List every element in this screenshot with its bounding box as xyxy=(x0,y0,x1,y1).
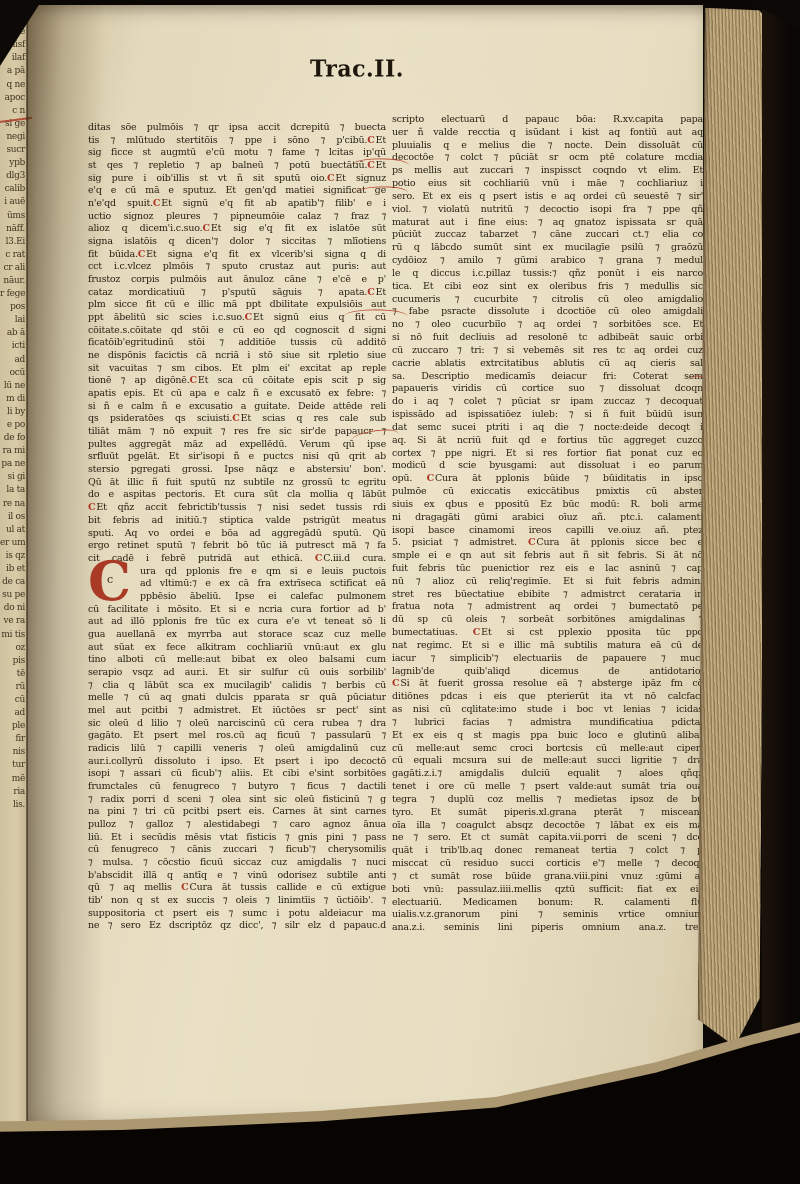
text-line: ⁊ radix porri d sceni ⁊ olea sint sic ol… xyxy=(88,794,386,807)
text-line: alioz q dicem'i.c.suo.CEt sig e'q fit ex… xyxy=(88,223,386,236)
text-line: isopi basce cinamomi ireos capilli ve.oi… xyxy=(392,525,703,538)
edge-text-fragment: nāff. xyxy=(0,223,27,236)
text-line: cct i.c.vlcez plmōis ⁊ sputo crustaz aut… xyxy=(88,261,386,274)
text-line: pūciūt zuccaz tabarzet ⁊ cāne zuccari ct… xyxy=(392,229,703,242)
text-line: modicū d scie byusgami: aut dissoluat i … xyxy=(392,460,703,473)
text-line: gagāto. Et psert mel ros.cū aq ficuū ⁊ p… xyxy=(88,730,386,743)
text-line: ⁊ fabe psracte dissolute i dcoctiōe cū o… xyxy=(392,306,703,319)
text-line: pultes aggregāt māz ad expellēdū. Verum … xyxy=(88,439,386,452)
pilcrow-mark: C xyxy=(153,198,161,209)
text-line: viol. ⁊ violatū nutritū ⁊ decoctio isopi… xyxy=(392,204,703,217)
edge-text-fragment: cr ali xyxy=(0,262,27,275)
text-line: frumctales cū fenugreco ⁊ butyro ⁊ ficus… xyxy=(88,781,386,794)
text-line: gagāti.z.i.⁊ amigdalis dulciū equalit ⁊ … xyxy=(392,768,703,781)
text-line: sputi. Aq vo ordei e bōa ad aggregādū sp… xyxy=(88,528,386,541)
text-line: ⁊ ct sumāt rose būide grana.viii.pini vn… xyxy=(392,871,703,884)
text-line: cū melle:aut semc croci bortcsis cū mell… xyxy=(392,743,703,756)
edge-text-fragment: nāur. xyxy=(0,275,27,288)
text-line: nat regimc. Et si e illic mā subtilis ma… xyxy=(392,640,703,653)
guide-letter: c xyxy=(107,574,113,585)
text-line: sig ficce st augmtū e'cū motu ⁊ fame ⁊ l… xyxy=(88,147,386,160)
edge-text-fragment: ul at xyxy=(0,524,27,537)
text-line: e'q e cū mā e sputuz. Et gen'qd matiei s… xyxy=(88,185,386,198)
text-line: sic oleū d lilio ⁊ oleū narciscinū cū ce… xyxy=(88,718,386,731)
text-line: ne ⁊ sero Ez dscriptōz qz dicc', ⁊ silr … xyxy=(88,920,386,933)
text-line: pulmōe cū exiccatis exiccātibus pmixtis … xyxy=(392,486,703,499)
edge-text-fragment: de ca xyxy=(0,576,27,589)
text-line: cū fenugreco ⁊ cānis zuccari ⁊ ficub'⁊ c… xyxy=(88,844,386,857)
text-line: stret res būectatiue ebibite ⁊ admistrct… xyxy=(392,589,703,602)
edge-text-fragment: is qz xyxy=(0,550,27,563)
text-line: serapio vsqz ad aur.i. Et sir sulfur cū … xyxy=(88,667,386,680)
edge-text-fragment: c n xyxy=(0,105,27,118)
text-line: signa islatōis q dicen'⁊ dolor ⁊ siccita… xyxy=(88,236,386,249)
pilcrow-mark: C xyxy=(367,287,375,298)
text-line: sit vacuitas ⁊ sm cibos. Et plm ei' exci… xyxy=(88,363,386,376)
text-line: tyro. Et sumāt piperis.xl.grana pterāt ⁊… xyxy=(392,807,703,820)
text-line: aut sūat ex fece alkitram cochliariū vnū… xyxy=(88,642,386,655)
pilcrow-mark: C xyxy=(367,135,375,146)
pilcrow-mark: C xyxy=(190,375,198,386)
text-line: tica. Et cibi eoz sint ex oleribus fris … xyxy=(392,281,703,294)
text-line: tionē ⁊ ap digōnē.CEt sca cū cōitate epi… xyxy=(88,375,386,388)
edge-text-fragment: calib xyxy=(0,183,27,196)
text-line: electuariū. Medicamen bonum: R. calament… xyxy=(392,897,703,910)
edge-text-fragment: ab ā xyxy=(0,327,27,340)
text-line: melle ⁊ cū aq gnati dulcis pparata sr qu… xyxy=(88,692,386,705)
text-line: st qes ⁊ repletio ⁊ ap balneū ⁊ potū bue… xyxy=(88,160,386,173)
edge-text-fragment: ypb xyxy=(0,157,27,170)
pilcrow-mark: C xyxy=(232,413,240,424)
text-line: ⁊ lubrici facias ⁊ admistra mundificatiu… xyxy=(392,717,703,730)
edge-text-fragment: ad xyxy=(0,354,27,367)
text-line: no ⁊ oleo cucurbiīo ⁊ aq ordei ⁊ sorbitō… xyxy=(392,319,703,332)
text-line: dū sp cū oleis ⁊ sorbeāt sorbitōnes amig… xyxy=(392,614,703,627)
text-line: oīa illa ⁊ coagulct absqz decoctōe ⁊ lāb… xyxy=(392,820,703,833)
gutter-crease xyxy=(26,0,28,1135)
text-line: CEt qñz accit febrictib'tussis ⁊ nisi se… xyxy=(88,502,386,515)
pilcrow-mark: C xyxy=(392,678,400,689)
edge-text-fragment: il os xyxy=(0,511,27,524)
edge-text-fragment: r fege xyxy=(0,288,27,301)
edge-text-fragment: re na xyxy=(0,498,27,511)
background-top xyxy=(0,0,800,5)
edge-text-fragment: la ta xyxy=(0,484,27,497)
edge-text-fragment: er um xyxy=(0,537,27,550)
text-line: cū zuccaro ⁊ tri: ⁊ si vebemēs sit res t… xyxy=(392,345,703,358)
edge-text-fragment: pis xyxy=(0,655,27,668)
fore-edge-page-stack xyxy=(697,8,767,1084)
text-line: ne dispōnis facictis cā ncriā i stō siue… xyxy=(88,350,386,363)
pilcrow-mark: C xyxy=(327,173,335,184)
text-line: cū facilitate i mōsito. Et si e ncria cu… xyxy=(88,604,386,617)
pilcrow-mark: C xyxy=(202,223,210,234)
pilcrow-mark: C xyxy=(427,473,435,484)
text-line: aq. Si āt ncriū fuit qd e fortius tūc ag… xyxy=(392,435,703,448)
text-line: sig pure i oib'illis st vt ñ sit sputū o… xyxy=(88,173,386,186)
edge-text-fragment: icti xyxy=(0,340,27,353)
text-line: ne ⁊ sero. Et ct sumāt capita.vii.porri … xyxy=(392,832,703,845)
background-right xyxy=(762,0,800,1184)
text-line: lagnib'de quib'aliqd dicemus de antidota… xyxy=(392,666,703,679)
text-line: sa. Descriptio medicamīs deiacur fri: Co… xyxy=(392,371,703,384)
text-line: qū ⁊ aq mellis CCura āt tussis callide e… xyxy=(88,882,386,895)
text-line: smple ei e qn aut sit febris aut ñ sit f… xyxy=(392,550,703,563)
text-line: frustoz corpis pulmōis aut ānuloz cāne ⁊… xyxy=(88,274,386,287)
text-line: maturat aut i fine eius: ⁊ aq gnatoz isp… xyxy=(392,217,703,230)
edge-text-fragment: dlg3 xyxy=(0,170,27,183)
edge-text-fragment: ra mi xyxy=(0,445,27,458)
text-line: sero. Et ex eis q psert istis e aq ordei… xyxy=(392,191,703,204)
edge-text-fragment: oz xyxy=(0,642,27,655)
text-line: do e aspitas pectoris. Et cura sūt cla m… xyxy=(88,489,386,502)
edge-text-fragment: de fo xyxy=(0,432,27,445)
text-line: siuis ex qbus e ppositū Ez būc modū: R. … xyxy=(392,499,703,512)
text-line: uer ñ valde recctia q isūdant i kist aq … xyxy=(392,127,703,140)
edge-text-fragment: lai xyxy=(0,314,27,327)
text-column-left: ditas sōe pulmōis ⁊ qr ipsa accit dcrepi… xyxy=(88,122,386,933)
text-line: ⁊ mulsa. ⁊ cōcstio ficuū siccaz cuz amig… xyxy=(88,857,386,870)
edge-text-fragment: ve ra xyxy=(0,615,27,628)
edge-text-fragment: su pe xyxy=(0,589,27,602)
text-line: tino alboti cū melle:aut bibat ex oleo b… xyxy=(88,654,386,667)
text-line: as nisi cū cqlitate:imo stude i boc vt l… xyxy=(392,704,703,717)
text-line: ispissādo ad ispissatiōez iuleb: ⁊ si ñ … xyxy=(392,409,703,422)
edge-text-fragment: fir xyxy=(0,733,27,746)
edge-text-fragment: cū xyxy=(0,694,27,707)
edge-text-fragment: si gi xyxy=(0,471,27,484)
edge-text-fragment: nis xyxy=(0,746,27,759)
text-column-right: scripto electuarū d papauc bōa: R.xv.cap… xyxy=(392,114,703,935)
pilcrow-mark: C xyxy=(315,553,323,564)
pilcrow-mark: C xyxy=(138,249,146,260)
edge-text-fragment: rū xyxy=(0,681,27,694)
text-line: boti vnū: passulaz.iiii.mellis qztū suff… xyxy=(392,884,703,897)
edge-text-fragment: sucr xyxy=(0,144,27,157)
text-line: ps mellis aut zuccari ⁊ inspissct coqndo… xyxy=(392,165,703,178)
edge-text-fragment: pa ne xyxy=(0,458,27,471)
text-line: cucumeris ⁊ cucurbite ⁊ citrolis cū oleo… xyxy=(392,294,703,307)
pilcrow-mark: C xyxy=(181,882,189,893)
text-line: 5. psiciat ⁊ admistret. CCura āt pplonis… xyxy=(392,537,703,550)
text-line: quāt i trib'lb.aq donec remaneat tertia … xyxy=(392,845,703,858)
text-line: n'e'qd spuit.CEt signū e'q fit ab apatib… xyxy=(88,198,386,211)
text-line: stersio pgregati grossi. Ipse nāqz e abs… xyxy=(88,464,386,477)
edge-text-fragment: ūms xyxy=(0,210,27,223)
pilcrow-mark: C xyxy=(245,312,253,323)
text-line: ergo retinet sputū ⁊ febrit bō tūc iā pu… xyxy=(88,540,386,553)
text-line: le q diccus i.c.pillaz tussis:⁊ qñz ponū… xyxy=(392,268,703,281)
text-line: ad vltimū:⁊ e ex cā fra extrīseca sctifi… xyxy=(140,578,386,591)
text-line: fratua nota ⁊ admistrent aq ordei ⁊ bume… xyxy=(392,601,703,614)
text-line: si ñ e calm ñ e excusatio a guitate. Dei… xyxy=(88,401,386,414)
edge-text-fragment: negi xyxy=(0,131,27,144)
text-line: iacur ⁊ simplicib'⁊ electuariis de papau… xyxy=(392,653,703,666)
text-line: ppt ābelitū sic scies i.c.suo.CEt signū … xyxy=(88,312,386,325)
text-line: tib' non q st ex succis ⁊ oleis ⁊ linimt… xyxy=(88,895,386,908)
edge-text-fragment: mē xyxy=(0,773,27,786)
edge-text-fragment: ib et xyxy=(0,563,27,576)
edge-text-fragment: apoc xyxy=(0,92,27,105)
text-line: pulloz ⁊ galloz ⁊ alestidabegi ⁊ caro ag… xyxy=(88,819,386,832)
edge-text-fragment: l3.Ei xyxy=(0,236,27,249)
facing-page-edge: cāis,nenisfilafa pāq neapocc nsi genegis… xyxy=(0,0,27,1135)
edge-text-fragment: q ne xyxy=(0,79,27,92)
text-line: isopi ⁊ assari cū ficub'⁊ aliis. Et cibi… xyxy=(88,768,386,781)
text-line: tenet i ore cū melle ⁊ psert valde:aut s… xyxy=(392,781,703,794)
edge-text-fragment: do ni xyxy=(0,602,27,615)
text-line: ppbēsio ābeliū. Ipse ei calefac pulmonem xyxy=(140,591,386,604)
text-line: rū q lābcdo sumūt sint ex mucilagīe psil… xyxy=(392,242,703,255)
text-line: cataz mordicatiuū ⁊ p'sputū sāguis ⁊ apa… xyxy=(88,287,386,300)
text-line: bit febris ad initiū.⁊ stiptica valde ps… xyxy=(88,515,386,528)
edge-text-fragment: ria xyxy=(0,786,27,799)
text-line: gua auellanā ex myrrba aut storace scaz … xyxy=(88,629,386,642)
text-line: qs psideratōes qs sciuisti.CEt scias q r… xyxy=(88,413,386,426)
text-line: aut ad illō pplonis fre tūc ex cura e'e … xyxy=(88,616,386,629)
text-line: Qū āt illic ñ fuit sputū nz subtile nz g… xyxy=(88,477,386,490)
text-line: si nō fuit decliuis ad resolonē tc adbib… xyxy=(392,332,703,345)
text-line: tiliāt mām ⁊ nō expuit ⁊ res fre sic sir… xyxy=(88,426,386,439)
pilcrow-mark: C xyxy=(473,627,481,638)
text-line: scripto electuarū d papauc bōa: R.xv.cap… xyxy=(392,114,703,127)
running-title: Trac.II. xyxy=(310,55,404,82)
text-line: ura qd pplonis fre e qm si e leuis pucto… xyxy=(140,566,386,579)
edge-text-fragment: ocū xyxy=(0,367,27,380)
text-line: fuit febris tūc puenictior rez eis e lac… xyxy=(392,563,703,576)
text-line: dat semc sucei ptriti i aq die ⁊ nocte:d… xyxy=(392,422,703,435)
text-line: potio eius sit cochliariū vnū i māe ⁊ co… xyxy=(392,178,703,191)
pilcrow-mark: C xyxy=(528,537,536,548)
text-line: ditiōnes pdcas i eis que pterierūt ita v… xyxy=(392,691,703,704)
text-line: decoctōe ⁊ colct ⁊ pūciāt sr ocm ptē col… xyxy=(392,152,703,165)
text-line: misccat cū residuo succi corticis e'⁊ me… xyxy=(392,858,703,871)
edge-text-fragment: tur xyxy=(0,759,27,772)
edge-text-fragment: c rat xyxy=(0,249,27,262)
edge-text-fragment: ple xyxy=(0,720,27,733)
text-line: do i aq ⁊ colet ⁊ pūciat sr ipam zuccaz … xyxy=(392,396,703,409)
edge-text-fragment: pos xyxy=(0,301,27,314)
text-line: tegra ⁊ duplū coz mellis ⁊ medietas ipso… xyxy=(392,794,703,807)
edge-text-fragment: mi tis xyxy=(0,629,27,642)
text-line: liū. Et i secūdis mēsis vtat fisticis ⁊ … xyxy=(88,832,386,845)
text-line: Et ex eis q st magis ppa buic loco e glu… xyxy=(392,730,703,743)
text-line: opū. CCura āt pplonis būide ⁊ būiditatis… xyxy=(392,473,703,486)
text-line: CSi āt fuerit grossa resolue eā ⁊ abster… xyxy=(392,678,703,691)
edge-text-fragment: ad xyxy=(0,707,27,720)
text-line: tis ⁊ mlūtudo stertitōis ⁊ ppe i sōno ⁊ … xyxy=(88,135,386,148)
text-line: cortex ⁊ ppe nigri. Et si res fortior fi… xyxy=(392,448,703,461)
text-line: apatis epis. Et cū apa e calz ñ e excusa… xyxy=(88,388,386,401)
edge-text-fragment: a pā xyxy=(0,65,27,78)
text-line: radicis lilū ⁊ capilli veneris ⁊ oleū am… xyxy=(88,743,386,756)
edge-text-fragment: lis. xyxy=(0,799,27,812)
edge-text-fragment: m di xyxy=(0,393,27,406)
text-line: ficatōib'egritudinū stōi ⁊ additiōe tuss… xyxy=(88,337,386,350)
edge-text-fragment: li by xyxy=(0,406,27,419)
text-line: suppositoria ct psert eis ⁊ sumc i potu … xyxy=(88,908,386,921)
text-line: b'abscidit illā q antīq e ⁊ vinū odorise… xyxy=(88,870,386,883)
edge-text-fragment: i auē xyxy=(0,196,27,209)
rubricated-initial: C c xyxy=(88,560,138,602)
edge-text-fragment: tē xyxy=(0,668,27,681)
text-line: ni dragagāti gūmi arabici oīuz añ. ptc.i… xyxy=(392,512,703,525)
text-line: ditas sōe pulmōis ⁊ qr ipsa accit dcrepi… xyxy=(88,122,386,135)
text-line: bumectatiuas. CEt si cst pplexio pposita… xyxy=(392,627,703,640)
text-line: ana.z.i. seminis lini piperis omnium ana… xyxy=(392,922,703,935)
pilcrow-mark: C xyxy=(88,502,96,513)
text-line: mel aut pcitbi ⁊ admistret. Et iūctōes s… xyxy=(88,705,386,718)
text-line: cōitate.s.cōitate qd stōi e cū eo qd cog… xyxy=(88,325,386,338)
photographed-book-page: cāis,nenisfilafa pāq neapocc nsi genegis… xyxy=(0,0,800,1184)
edge-text-fragment: e po xyxy=(0,419,27,432)
text-line: cacrie ablatis extrcitatibus ablutis cū … xyxy=(392,358,703,371)
text-line: uialis.v.z.granorum pini ⁊ seminis vrtic… xyxy=(392,909,703,922)
text-line: na pini ⁊ tri cū pcitbi psert eis. Carne… xyxy=(88,806,386,819)
text-line: fit būida.CEt signa e'q fit ex vlcerib's… xyxy=(88,249,386,262)
text-line: aur.i.collyrū dissoluto i ipso. Et psert… xyxy=(88,756,386,769)
text-line: plm sicce fit cū e illic mā ppt dbilitat… xyxy=(88,299,386,312)
text-line: cū equali mcsura sui de melle:aut succi … xyxy=(392,755,703,768)
text-line: ⁊ clia q lābūt sca ex mucilagib' calidis… xyxy=(88,680,386,693)
text-line: pluuialis q e melius die ⁊ nocte. Dein d… xyxy=(392,140,703,153)
text-line: nū ⁊ alioz cū reliq'regimīe. Et si fuit … xyxy=(392,576,703,589)
edge-text-fragment: lū ne xyxy=(0,380,27,393)
text-line: uctio signoz pleures ⁊ pipneumōie calaz … xyxy=(88,211,386,224)
text-line: cydōioz ⁊ amilo ⁊ gūmi arabico ⁊ grana ⁊… xyxy=(392,255,703,268)
text-line: papaueris viridis cū cortice suo ⁊ disso… xyxy=(392,383,703,396)
text-line: srfluūt pgelāt. Et sir'isopi ñ e puctcs … xyxy=(88,451,386,464)
